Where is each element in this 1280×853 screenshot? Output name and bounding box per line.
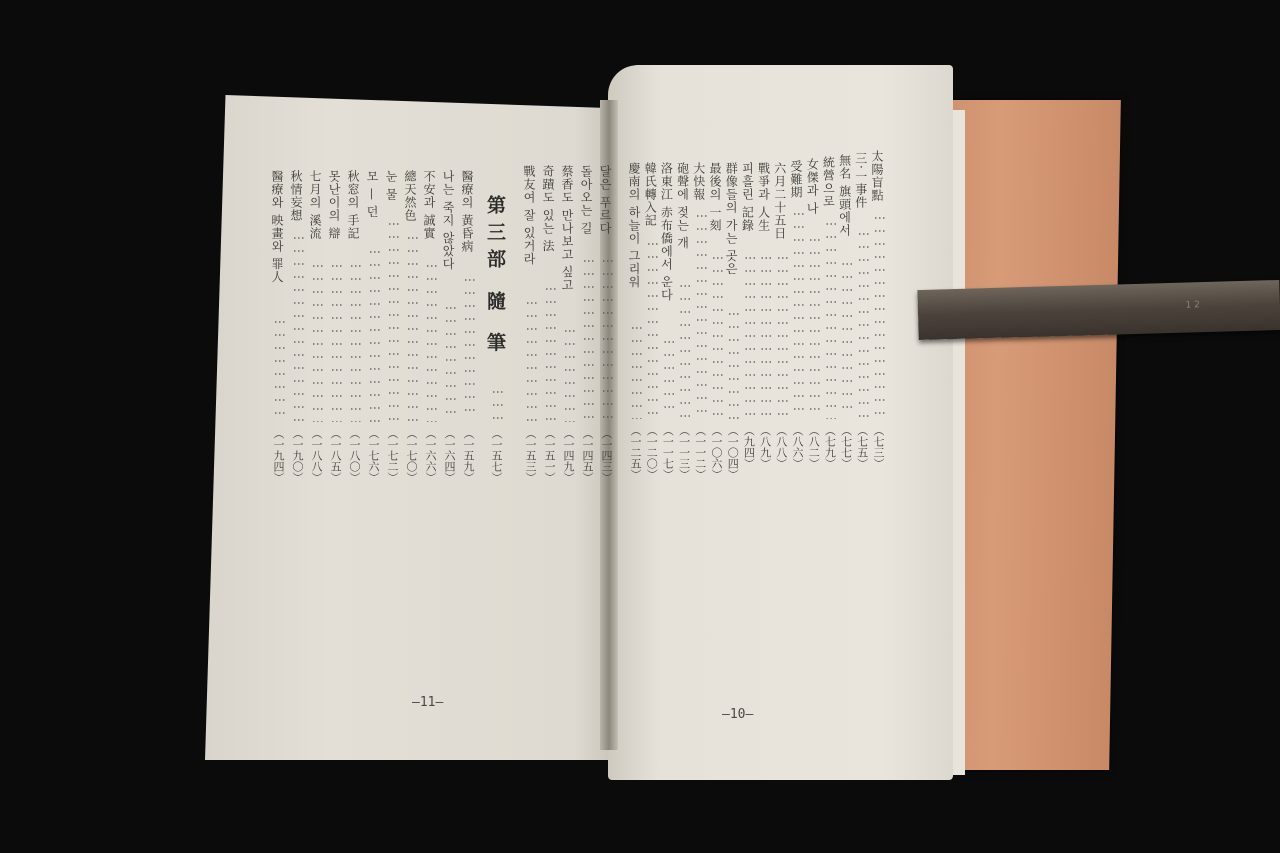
toc-entry-title: 太陽盲點 [870, 150, 884, 202]
toc-entry-page: （一五九） [460, 428, 476, 483]
toc-entry-page: （一八〇） [346, 428, 362, 483]
toc-leader-dots: ⋮⋮⋮⋮⋮⋮⋮⋮⋮⋮⋮⋮⋮⋮⋮⋮⋮⋮⋮⋮⋮⋮⋮⋮⋮⋮⋮⋮⋮⋮⋮⋮⋮⋮⋮⋮⋮⋮⋮⋮ [808, 234, 822, 419]
toc-entry-page: （一八五） [327, 428, 343, 483]
toc-entry-title: 戰爭과 人生 [757, 162, 771, 232]
toc-entry-title: 統營으로 [821, 156, 835, 208]
toc-entry-title: 秋情妄想 [289, 170, 303, 222]
toc-leader-dots: ⋮⋮⋮⋮⋮⋮⋮⋮⋮⋮⋮⋮⋮⋮⋮⋮⋮⋮⋮⋮⋮⋮⋮⋮⋮⋮⋮⋮⋮⋮⋮⋮⋮⋮⋮⋮⋮⋮⋮⋮ [792, 208, 806, 419]
toc-entry-title: 不安과 誠實 [422, 170, 436, 240]
toc-entry-title: 三·一事件 [854, 152, 868, 209]
toc-entry-title: 돌아오는 길 [579, 165, 593, 235]
toc-entry-title: 눈 물 [384, 170, 398, 201]
toc-leader-dots: ⋮⋮⋮⋮⋮⋮⋮⋮⋮⋮⋮⋮⋮⋮⋮⋮⋮⋮⋮⋮⋮⋮⋮⋮⋮⋮⋮⋮⋮⋮⋮⋮⋮⋮⋮⋮⋮⋮⋮⋮ [563, 325, 577, 422]
toc-leader-dots: ⋮⋮⋮⋮⋮⋮⋮⋮⋮⋮⋮⋮⋮⋮⋮⋮⋮⋮⋮⋮⋮⋮⋮⋮⋮⋮⋮⋮⋮⋮⋮⋮⋮⋮⋮⋮⋮⋮⋮⋮ [349, 260, 363, 422]
toc-entry-title: 韓氏轉入記 [643, 162, 657, 227]
toc-leader-dots: ⋮⋮⋮⋮⋮⋮⋮⋮⋮⋮⋮⋮⋮⋮⋮⋮⋮⋮⋮⋮⋮⋮⋮⋮⋮⋮⋮⋮⋮⋮⋮⋮⋮⋮⋮⋮⋮⋮⋮⋮ [679, 280, 693, 419]
toc-entry-page: （一二〇） [643, 425, 659, 480]
toc-entry-page: （一五七） [488, 428, 504, 483]
toc-leader-dots: ⋮⋮⋮⋮⋮⋮⋮⋮⋮⋮⋮⋮⋮⋮⋮⋮⋮⋮⋮⋮⋮⋮⋮⋮⋮⋮⋮⋮⋮⋮⋮⋮⋮⋮⋮⋮⋮⋮⋮⋮ [601, 255, 615, 422]
toc-entry-page: （一五三） [522, 428, 538, 483]
toc-entry-page: （一七六） [365, 428, 381, 483]
toc-leader-dots: ⋮⋮⋮⋮⋮⋮⋮⋮⋮⋮⋮⋮⋮⋮⋮⋮⋮⋮⋮⋮⋮⋮⋮⋮⋮⋮⋮⋮⋮⋮⋮⋮⋮⋮⋮⋮⋮⋮⋮⋮ [491, 386, 505, 422]
toc-entry-title: 못난이의 辯 [327, 170, 341, 240]
toc-leader-dots: ⋮⋮⋮⋮⋮⋮⋮⋮⋮⋮⋮⋮⋮⋮⋮⋮⋮⋮⋮⋮⋮⋮⋮⋮⋮⋮⋮⋮⋮⋮⋮⋮⋮⋮⋮⋮⋮⋮⋮⋮ [743, 252, 757, 419]
toc-entry-page: （一四三） [598, 428, 614, 483]
toc-entry-title: 달은 푸르다 [598, 165, 612, 235]
toc-entry-title: 無名 旗頭에서 [838, 154, 852, 237]
toc-entry-title: 모 — 던 [365, 170, 379, 219]
toc-entry-title: 戰友여 잘 있거라 [522, 165, 536, 266]
toc-leader-dots: ⋮⋮⋮⋮⋮⋮⋮⋮⋮⋮⋮⋮⋮⋮⋮⋮⋮⋮⋮⋮⋮⋮⋮⋮⋮⋮⋮⋮⋮⋮⋮⋮⋮⋮⋮⋮⋮⋮⋮⋮ [857, 228, 871, 419]
toc-leader-dots: ⋮⋮⋮⋮⋮⋮⋮⋮⋮⋮⋮⋮⋮⋮⋮⋮⋮⋮⋮⋮⋮⋮⋮⋮⋮⋮⋮⋮⋮⋮⋮⋮⋮⋮⋮⋮⋮⋮⋮⋮ [727, 308, 741, 419]
toc-leader-dots: ⋮⋮⋮⋮⋮⋮⋮⋮⋮⋮⋮⋮⋮⋮⋮⋮⋮⋮⋮⋮⋮⋮⋮⋮⋮⋮⋮⋮⋮⋮⋮⋮⋮⋮⋮⋮⋮⋮⋮⋮ [760, 252, 774, 419]
toc-entry-page: （一五一） [541, 428, 557, 483]
toc-entry-title: 蔡香도 만나보고 싶고 [560, 165, 574, 292]
toc-entry-page: （一七〇） [403, 428, 419, 483]
toc-leader-dots: ⋮⋮⋮⋮⋮⋮⋮⋮⋮⋮⋮⋮⋮⋮⋮⋮⋮⋮⋮⋮⋮⋮⋮⋮⋮⋮⋮⋮⋮⋮⋮⋮⋮⋮⋮⋮⋮⋮⋮⋮ [662, 336, 676, 419]
toc-entry-page: （一六四） [441, 428, 457, 483]
toc-entry-page: （一九四） [270, 428, 286, 483]
toc-leader-dots: ⋮⋮⋮⋮⋮⋮⋮⋮⋮⋮⋮⋮⋮⋮⋮⋮⋮⋮⋮⋮⋮⋮⋮⋮⋮⋮⋮⋮⋮⋮⋮⋮⋮⋮⋮⋮⋮⋮⋮⋮ [463, 274, 477, 422]
toc-leader-dots: ⋮⋮⋮⋮⋮⋮⋮⋮⋮⋮⋮⋮⋮⋮⋮⋮⋮⋮⋮⋮⋮⋮⋮⋮⋮⋮⋮⋮⋮⋮⋮⋮⋮⋮⋮⋮⋮⋮⋮⋮ [776, 252, 790, 419]
toc-entry-title: 洛東江 赤布僑에서 운다 [659, 162, 673, 302]
toc-entry-page: （九四） [740, 425, 756, 469]
toc-entry-page: （八九） [757, 425, 773, 469]
toc-entry-title: 砲聲에 젖는 개 [676, 162, 690, 250]
toc-leader-dots: ⋮⋮⋮⋮⋮⋮⋮⋮⋮⋮⋮⋮⋮⋮⋮⋮⋮⋮⋮⋮⋮⋮⋮⋮⋮⋮⋮⋮⋮⋮⋮⋮⋮⋮⋮⋮⋮⋮⋮⋮ [525, 297, 539, 422]
toc-leader-dots: ⋮⋮⋮⋮⋮⋮⋮⋮⋮⋮⋮⋮⋮⋮⋮⋮⋮⋮⋮⋮⋮⋮⋮⋮⋮⋮⋮⋮⋮⋮⋮⋮⋮⋮⋮⋮⋮⋮⋮⋮ [544, 283, 558, 422]
toc-entry-page: （七九） [821, 425, 837, 469]
toc-leader-dots: ⋮⋮⋮⋮⋮⋮⋮⋮⋮⋮⋮⋮⋮⋮⋮⋮⋮⋮⋮⋮⋮⋮⋮⋮⋮⋮⋮⋮⋮⋮⋮⋮⋮⋮⋮⋮⋮⋮⋮⋮ [368, 246, 382, 422]
toc-entry-title: 奇蹟도 있는 法 [541, 165, 555, 253]
toc-entry-title: 群像들의 가는 곳은 [724, 162, 738, 276]
toc-leader-dots: ⋮⋮⋮⋮⋮⋮⋮⋮⋮⋮⋮⋮⋮⋮⋮⋮⋮⋮⋮⋮⋮⋮⋮⋮⋮⋮⋮⋮⋮⋮⋮⋮⋮⋮⋮⋮⋮⋮⋮⋮ [311, 260, 325, 422]
toc-leader-dots: ⋮⋮⋮⋮⋮⋮⋮⋮⋮⋮⋮⋮⋮⋮⋮⋮⋮⋮⋮⋮⋮⋮⋮⋮⋮⋮⋮⋮⋮⋮⋮⋮⋮⋮⋮⋮⋮⋮⋮⋮ [444, 302, 458, 422]
toc-entry-page: （一七二） [384, 428, 400, 483]
toc-entry-page: （一一七） [659, 425, 675, 480]
toc-entry-page: （一二五） [627, 425, 643, 480]
toc-entry-title: 大快報 [692, 162, 706, 201]
toc-leader-dots: ⋮⋮⋮⋮⋮⋮⋮⋮⋮⋮⋮⋮⋮⋮⋮⋮⋮⋮⋮⋮⋮⋮⋮⋮⋮⋮⋮⋮⋮⋮⋮⋮⋮⋮⋮⋮⋮⋮⋮⋮ [630, 322, 644, 419]
toc-entry-title: 나는 죽지 않았다 [441, 170, 455, 271]
ruler-marking: 1 2 [1185, 300, 1200, 310]
toc-entry-title: 六月二十五日 [773, 162, 787, 240]
toc-entry-title: 피흘린 記錄 [740, 162, 754, 232]
toc-entry-page: （一八八） [308, 428, 324, 483]
toc-entry-title: 總天然色 [403, 170, 417, 222]
toc-entry-title: 七月의 溪流 [308, 170, 322, 240]
toc-leader-dots: ⋮⋮⋮⋮⋮⋮⋮⋮⋮⋮⋮⋮⋮⋮⋮⋮⋮⋮⋮⋮⋮⋮⋮⋮⋮⋮⋮⋮⋮⋮⋮⋮⋮⋮⋮⋮⋮⋮⋮⋮ [330, 260, 344, 422]
toc-leader-dots: ⋮⋮⋮⋮⋮⋮⋮⋮⋮⋮⋮⋮⋮⋮⋮⋮⋮⋮⋮⋮⋮⋮⋮⋮⋮⋮⋮⋮⋮⋮⋮⋮⋮⋮⋮⋮⋮⋮⋮⋮ [292, 232, 306, 422]
metal-ruler: 1 2 [917, 280, 1280, 340]
page-number-right: —10— [722, 707, 753, 722]
section-heading: 第三部 隨 筆 [482, 195, 509, 359]
toc-entry-title: 受難期 [789, 160, 803, 199]
toc-leader-dots: ⋮⋮⋮⋮⋮⋮⋮⋮⋮⋮⋮⋮⋮⋮⋮⋮⋮⋮⋮⋮⋮⋮⋮⋮⋮⋮⋮⋮⋮⋮⋮⋮⋮⋮⋮⋮⋮⋮⋮⋮ [406, 232, 420, 422]
toc-entry-page: （一一三） [676, 425, 692, 480]
toc-entry-page: （七五） [854, 425, 870, 469]
toc-entry-title: 慶南의 하늘이 그리워 [627, 162, 641, 289]
toc-entry-page: （一一二） [692, 425, 708, 480]
toc-entry-page: （一六六） [422, 428, 438, 483]
toc-entry-page: （七七） [838, 425, 854, 469]
toc-entry-page: （一九〇） [289, 428, 305, 483]
toc-entry-page: （七三） [870, 425, 886, 469]
toc-entry-title: 秋窓의 手記 [346, 170, 360, 240]
toc-entry-page: （一〇六） [708, 425, 724, 480]
toc-entry-title: 最後의 一刻 [708, 162, 722, 232]
toc-entry-page: （一四五） [579, 428, 595, 483]
toc-leader-dots: ⋮⋮⋮⋮⋮⋮⋮⋮⋮⋮⋮⋮⋮⋮⋮⋮⋮⋮⋮⋮⋮⋮⋮⋮⋮⋮⋮⋮⋮⋮⋮⋮⋮⋮⋮⋮⋮⋮⋮⋮ [273, 316, 287, 422]
toc-leader-dots: ⋮⋮⋮⋮⋮⋮⋮⋮⋮⋮⋮⋮⋮⋮⋮⋮⋮⋮⋮⋮⋮⋮⋮⋮⋮⋮⋮⋮⋮⋮⋮⋮⋮⋮⋮⋮⋮⋮⋮⋮ [695, 210, 709, 419]
toc-leader-dots: ⋮⋮⋮⋮⋮⋮⋮⋮⋮⋮⋮⋮⋮⋮⋮⋮⋮⋮⋮⋮⋮⋮⋮⋮⋮⋮⋮⋮⋮⋮⋮⋮⋮⋮⋮⋮⋮⋮⋮⋮ [646, 238, 660, 419]
toc-leader-dots: ⋮⋮⋮⋮⋮⋮⋮⋮⋮⋮⋮⋮⋮⋮⋮⋮⋮⋮⋮⋮⋮⋮⋮⋮⋮⋮⋮⋮⋮⋮⋮⋮⋮⋮⋮⋮⋮⋮⋮⋮ [824, 218, 838, 419]
toc-leader-dots: ⋮⋮⋮⋮⋮⋮⋮⋮⋮⋮⋮⋮⋮⋮⋮⋮⋮⋮⋮⋮⋮⋮⋮⋮⋮⋮⋮⋮⋮⋮⋮⋮⋮⋮⋮⋮⋮⋮⋮⋮ [711, 252, 725, 419]
toc-leader-dots: ⋮⋮⋮⋮⋮⋮⋮⋮⋮⋮⋮⋮⋮⋮⋮⋮⋮⋮⋮⋮⋮⋮⋮⋮⋮⋮⋮⋮⋮⋮⋮⋮⋮⋮⋮⋮⋮⋮⋮⋮ [841, 258, 855, 419]
toc-entry-page: （八八） [773, 425, 789, 469]
toc-leader-dots: ⋮⋮⋮⋮⋮⋮⋮⋮⋮⋮⋮⋮⋮⋮⋮⋮⋮⋮⋮⋮⋮⋮⋮⋮⋮⋮⋮⋮⋮⋮⋮⋮⋮⋮⋮⋮⋮⋮⋮⋮ [582, 255, 596, 422]
toc-entry-title: 醫療의 黃昏病 [460, 170, 474, 253]
toc-leader-dots: ⋮⋮⋮⋮⋮⋮⋮⋮⋮⋮⋮⋮⋮⋮⋮⋮⋮⋮⋮⋮⋮⋮⋮⋮⋮⋮⋮⋮⋮⋮⋮⋮⋮⋮⋮⋮⋮⋮⋮⋮ [425, 260, 439, 422]
toc-leader-dots: ⋮⋮⋮⋮⋮⋮⋮⋮⋮⋮⋮⋮⋮⋮⋮⋮⋮⋮⋮⋮⋮⋮⋮⋮⋮⋮⋮⋮⋮⋮⋮⋮⋮⋮⋮⋮⋮⋮⋮⋮ [387, 218, 401, 422]
toc-entry-page: （八六） [789, 425, 805, 469]
toc-entry-page: （八二） [805, 425, 821, 469]
toc-entry-page: （一〇四） [724, 425, 740, 480]
toc-entry-title: 醫療와 映畫와 罪人 [270, 170, 284, 284]
toc-entry-title: 女傑과 나 [805, 158, 819, 215]
page-number-left: —11— [412, 695, 443, 710]
toc-entry-page: （一四九） [560, 428, 576, 483]
toc-leader-dots: ⋮⋮⋮⋮⋮⋮⋮⋮⋮⋮⋮⋮⋮⋮⋮⋮⋮⋮⋮⋮⋮⋮⋮⋮⋮⋮⋮⋮⋮⋮⋮⋮⋮⋮⋮⋮⋮⋮⋮⋮ [873, 212, 887, 419]
